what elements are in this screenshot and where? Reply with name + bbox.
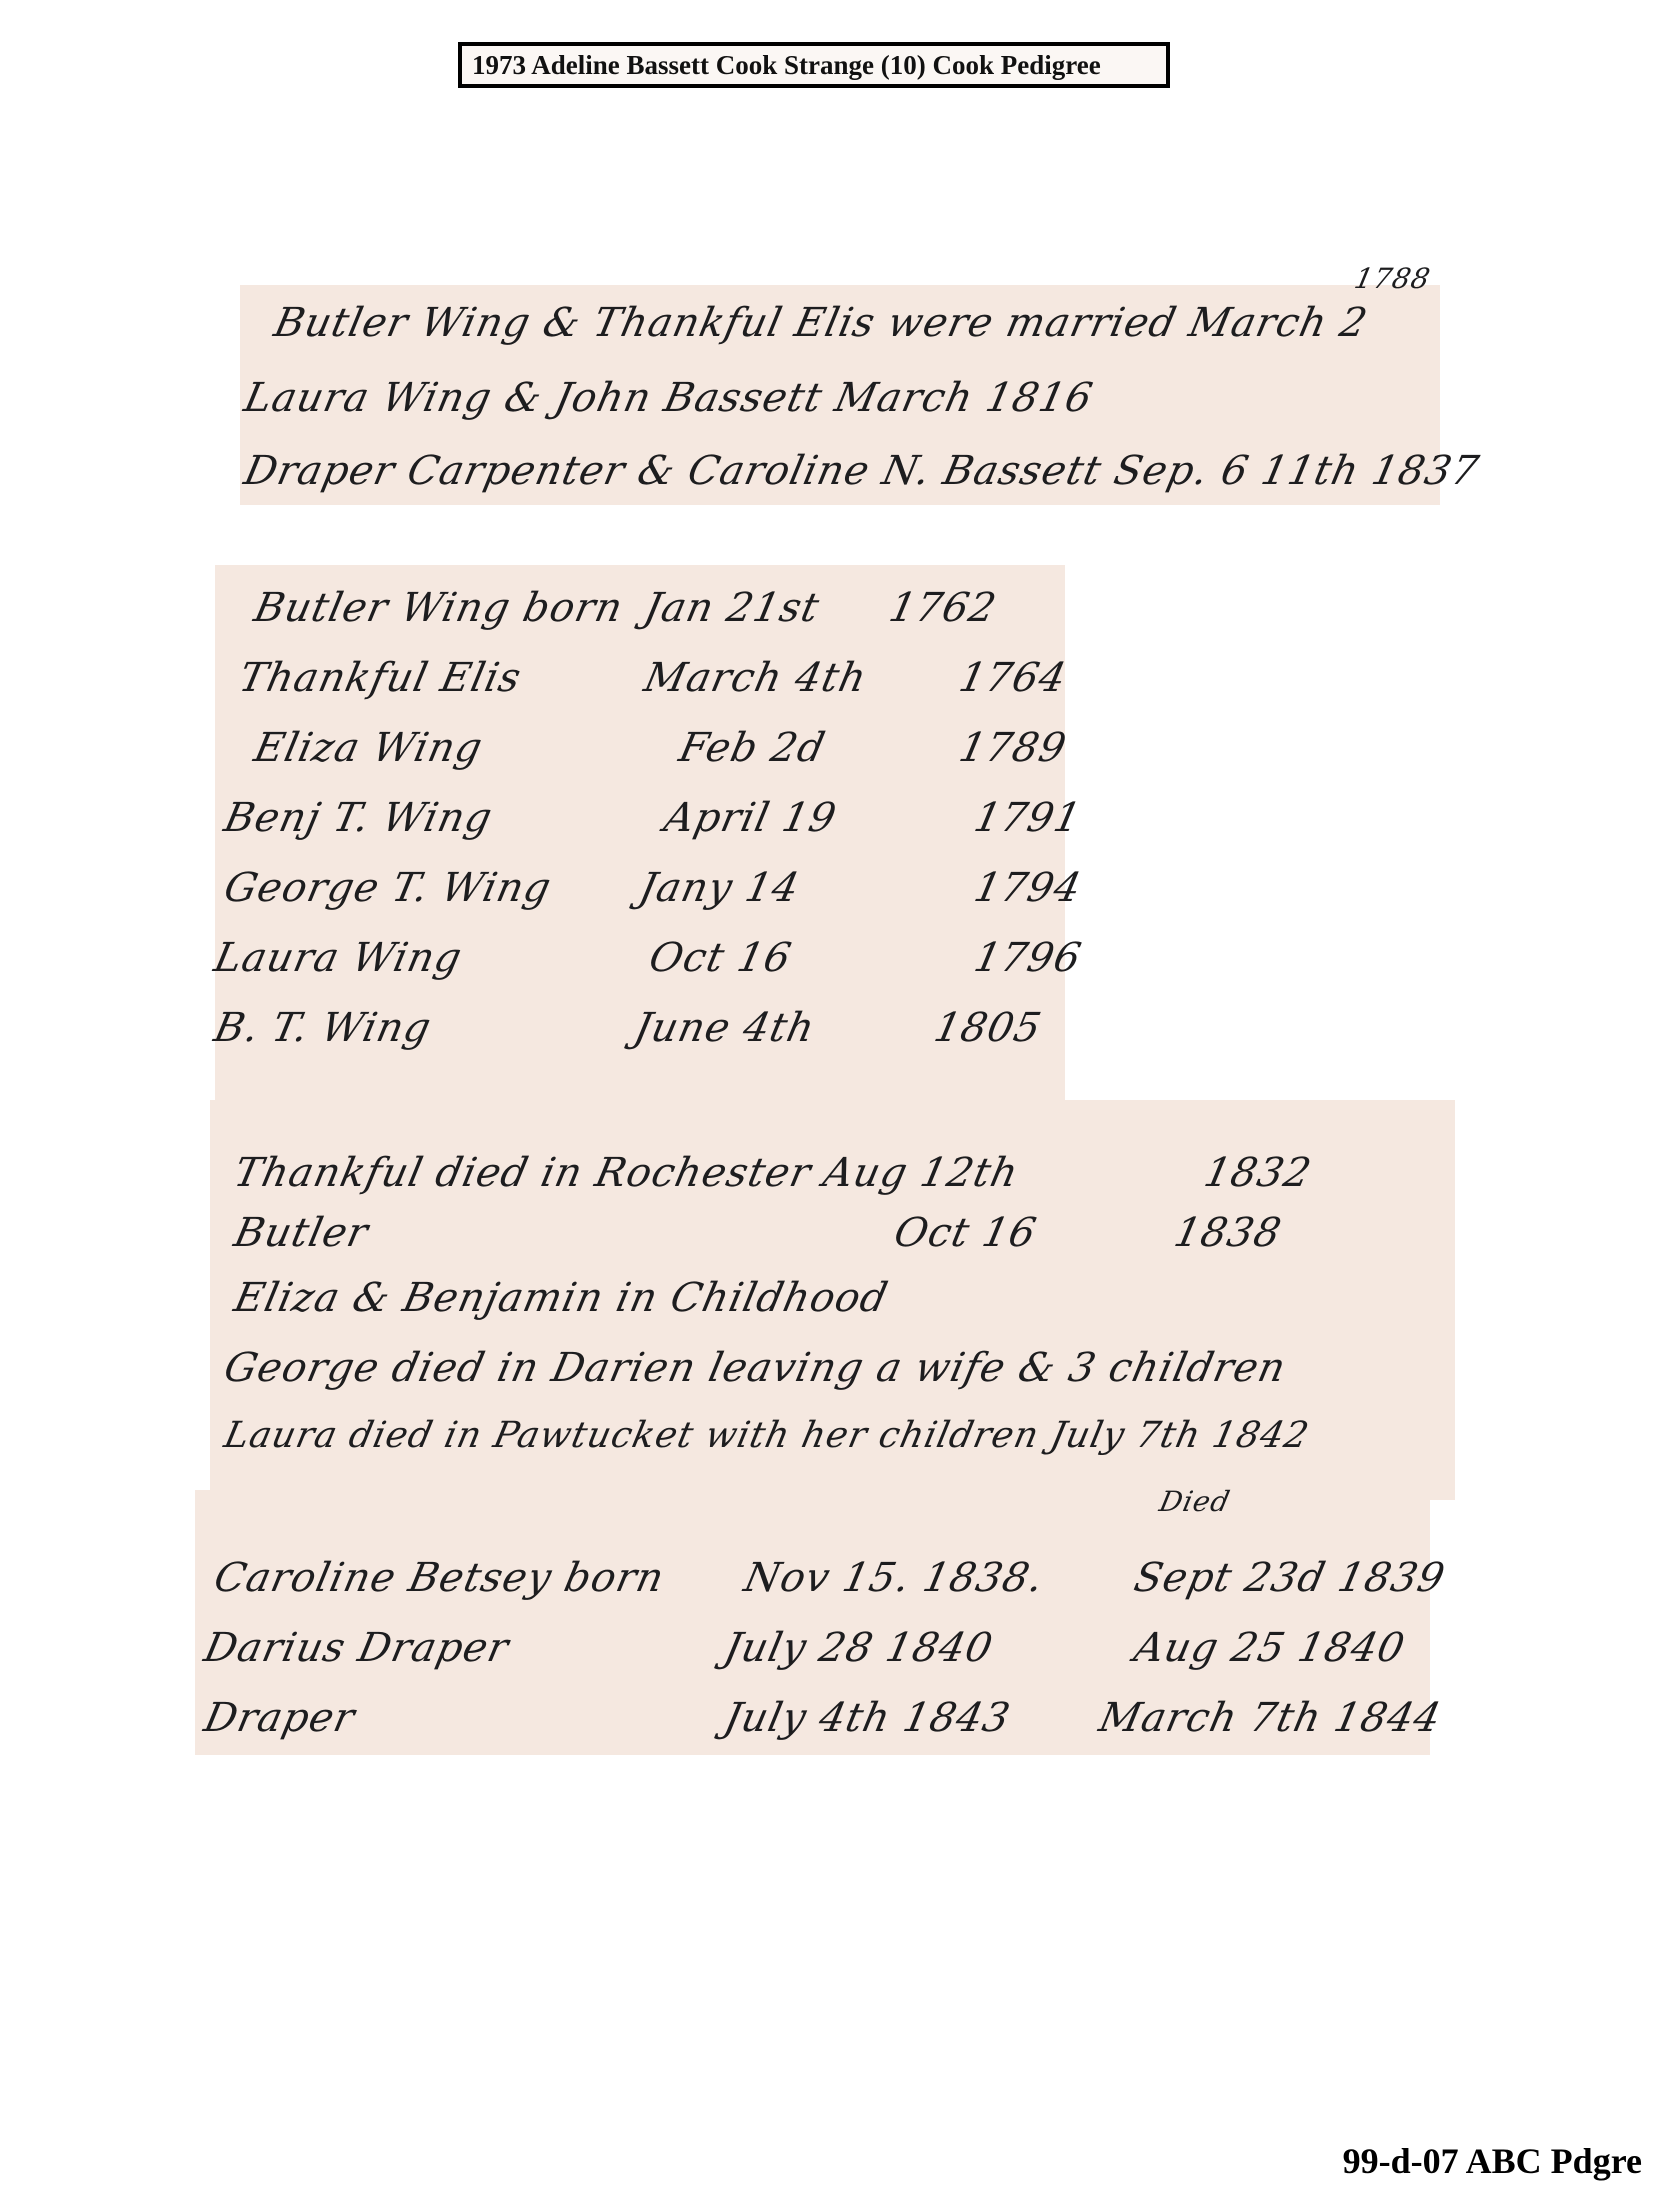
marriage-entry: Laura Wing & John Bassett March 1816: [240, 375, 1097, 421]
birth-year: 1794: [970, 865, 1086, 911]
death-entry: Laura died in Pawtucket with her childre…: [221, 1415, 1313, 1456]
birth-year: 1805: [930, 1005, 1046, 1051]
death-entry: George died in Darien leaving a wife & 3…: [220, 1345, 1290, 1391]
death-year: 1832: [1200, 1150, 1316, 1196]
marriage-entry: Butler Wing & Thankful Elis were married…: [270, 300, 1372, 346]
document-code: 99-d-07 ABC Pdgre: [1343, 2140, 1642, 2182]
death-date: Oct 16: [890, 1210, 1041, 1256]
birth-date: April 19: [660, 795, 841, 841]
death-entry: Thankful died in Rochester Aug 12th: [230, 1150, 1023, 1196]
birth-date: Feb 2d: [675, 725, 829, 771]
birth-name: Benj T. Wing: [220, 795, 497, 841]
page-title-text: 1973 Adeline Bassett Cook Strange (10) C…: [472, 50, 1101, 81]
birth-name: B. T. Wing: [210, 1005, 435, 1051]
birth-date: March 4th: [640, 655, 871, 701]
child-born: July 28 1840: [720, 1625, 997, 1671]
child-name: Draper: [200, 1695, 359, 1741]
child-born: July 4th 1843: [720, 1695, 1014, 1741]
child-died: Aug 25 1840: [1130, 1625, 1409, 1671]
birth-name: Butler Wing born: [250, 585, 627, 631]
child-born: Nov 15. 1838.: [740, 1555, 1048, 1601]
marriage-entry: Draper Carpenter & Caroline N. Bassett S…: [240, 448, 1483, 494]
birth-date: Oct 16: [645, 935, 796, 981]
birth-year: 1764: [955, 655, 1071, 701]
birth-name: Laura Wing: [210, 935, 466, 981]
child-died: March 7th 1844: [1095, 1695, 1445, 1741]
birth-year: 1796: [970, 935, 1086, 981]
birth-date: June 4th: [630, 1005, 819, 1051]
birth-name: George T. Wing: [220, 865, 555, 911]
birth-date: Jan 21st: [640, 585, 824, 631]
birth-year: 1789: [955, 725, 1071, 771]
died-label: Died: [1156, 1485, 1233, 1518]
birth-year: 1791: [970, 795, 1086, 841]
birth-year: 1762: [885, 585, 1001, 631]
child-died: Sept 23d 1839: [1130, 1555, 1449, 1601]
child-name: Darius Draper: [200, 1625, 513, 1671]
birth-name: Eliza Wing: [250, 725, 487, 771]
birth-date: Jany 14: [635, 865, 804, 911]
death-entry: Butler: [230, 1210, 373, 1256]
page-title: 1973 Adeline Bassett Cook Strange (10) C…: [458, 42, 1170, 88]
child-name: Caroline Betsey born: [210, 1555, 668, 1601]
marriage-year-note: 1788: [1351, 262, 1433, 295]
death-year: 1838: [1170, 1210, 1286, 1256]
birth-name: Thankful Elis: [235, 655, 525, 701]
death-entry: Eliza & Benjamin in Childhood: [230, 1275, 892, 1321]
